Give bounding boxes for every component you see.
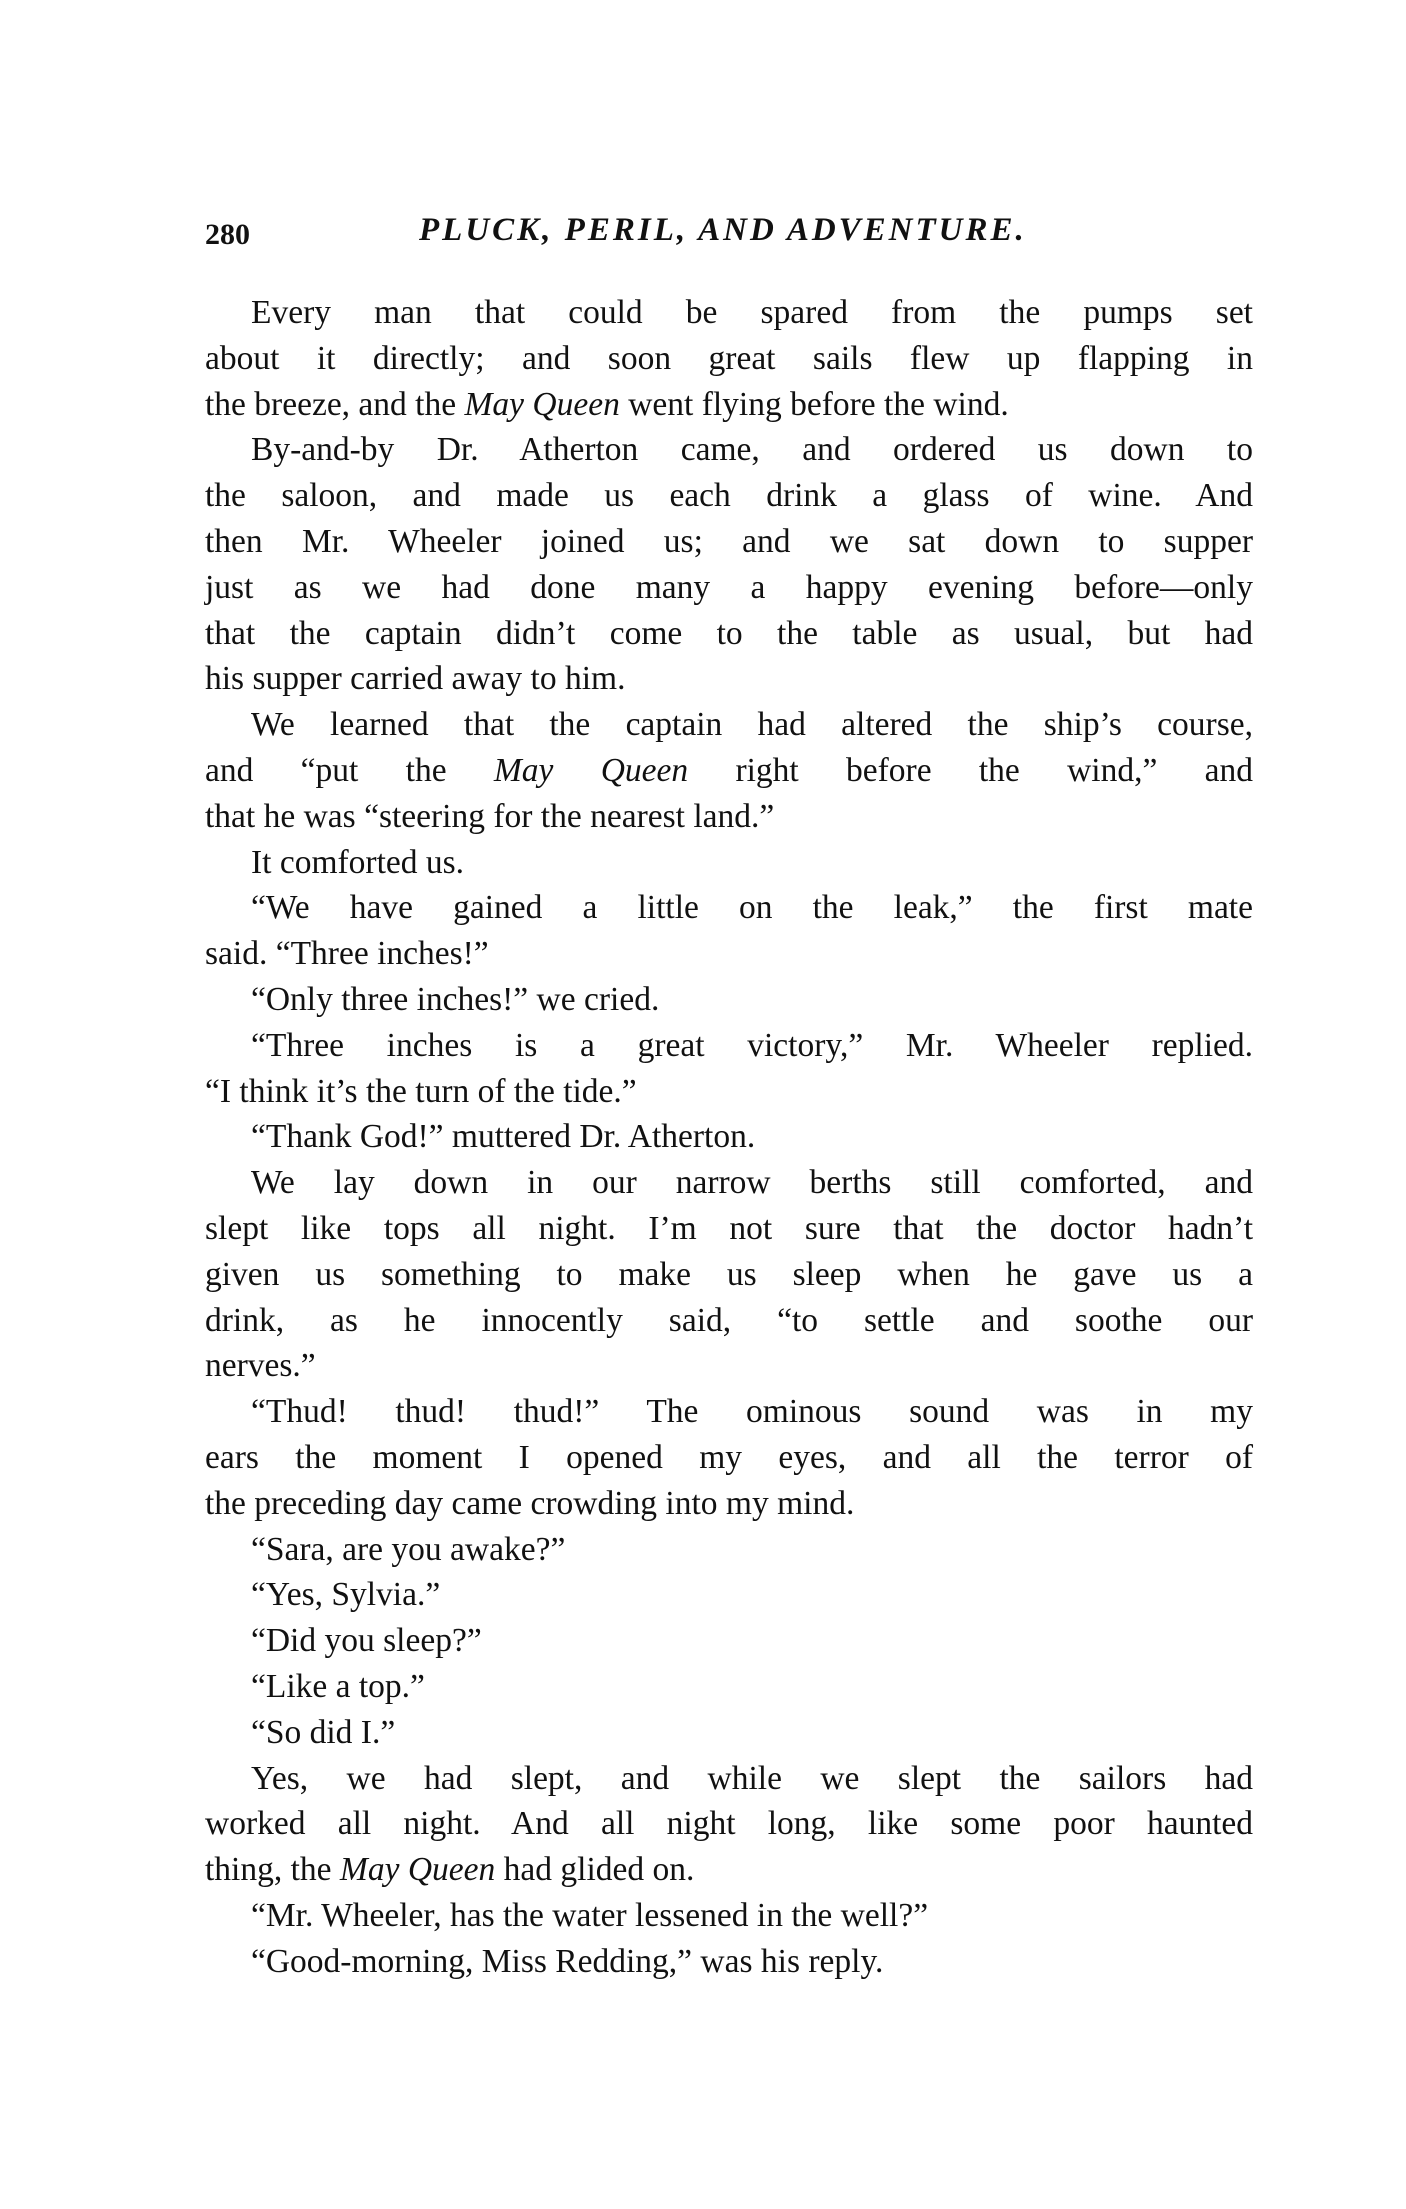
text-line: “Mr. Wheeler, has the water lessened in … — [205, 1893, 1253, 1939]
text-line: “Good-morning, Miss Redding,” was his re… — [205, 1939, 1253, 1985]
text-line: just as we had done many a happy evening… — [205, 565, 1253, 611]
text-line: ears the moment I opened my eyes, and al… — [205, 1435, 1253, 1481]
ship-name-italic: May Queen — [494, 752, 688, 789]
text-line: “We have gained a little on the leak,” t… — [205, 885, 1253, 931]
text-line: his supper carried away to him. — [205, 656, 1253, 702]
text-line: “Three inches is a great victory,” Mr. W… — [205, 1023, 1253, 1069]
text-line: We lay down in our narrow berths still c… — [205, 1160, 1253, 1206]
page-number: 280 — [205, 218, 250, 252]
text-line: given us something to make us sleep when… — [205, 1252, 1253, 1298]
text-line: about it directly; and soon great sails … — [205, 336, 1253, 382]
text-line: drink, as he innocently said, “to settle… — [205, 1298, 1253, 1344]
text-line: By-and-by Dr. Atherton came, and ordered… — [205, 427, 1253, 473]
text-line: “Like a top.” — [205, 1664, 1253, 1710]
text-line: “I think it’s the turn of the tide.” — [205, 1069, 1253, 1115]
text-line: the breeze, and the May Queen went flyin… — [205, 382, 1253, 428]
text-line: that he was “steering for the nearest la… — [205, 794, 1253, 840]
text-line: that the captain didn’t come to the tabl… — [205, 611, 1253, 657]
text-line: “Did you sleep?” — [205, 1618, 1253, 1664]
text-line: Yes, we had slept, and while we slept th… — [205, 1756, 1253, 1802]
text-line: thing, the May Queen had glided on. — [205, 1847, 1253, 1893]
text-line: said. “Three inches!” — [205, 931, 1253, 977]
ship-name-italic: May Queen — [464, 386, 619, 423]
text-line: slept like tops all night. I’m not sure … — [205, 1206, 1253, 1252]
body-text: Every man that could be spared from the … — [205, 290, 1253, 1984]
ship-name-italic: May Queen — [340, 1851, 495, 1888]
text-line: “So did I.” — [205, 1710, 1253, 1756]
text-line: “Only three inches!” we cried. — [205, 977, 1253, 1023]
text-line: then Mr. Wheeler joined us; and we sat d… — [205, 519, 1253, 565]
text-line: “Thud! thud! thud!” The ominous sound wa… — [205, 1389, 1253, 1435]
text-line: the preceding day came crowding into my … — [205, 1481, 1253, 1527]
text-line: Every man that could be spared from the … — [205, 290, 1253, 336]
text-line: It comforted us. — [205, 840, 1253, 886]
text-line: “Yes, Sylvia.” — [205, 1572, 1253, 1618]
text-line: nerves.” — [205, 1343, 1253, 1389]
text-line: the saloon, and made us each drink a gla… — [205, 473, 1253, 519]
text-line: and “put the May Queen right before the … — [205, 748, 1253, 794]
running-head: 280 PLUCK, PERIL, AND ADVENTURE. — [205, 212, 1253, 258]
text-line: “Thank God!” muttered Dr. Atherton. — [205, 1114, 1253, 1160]
text-line: We learned that the captain had altered … — [205, 702, 1253, 748]
text-line: “Sara, are you awake?” — [205, 1527, 1253, 1573]
text-line: worked all night. And all night long, li… — [205, 1801, 1253, 1847]
running-title: PLUCK, PERIL, AND ADVENTURE. — [419, 212, 1027, 249]
